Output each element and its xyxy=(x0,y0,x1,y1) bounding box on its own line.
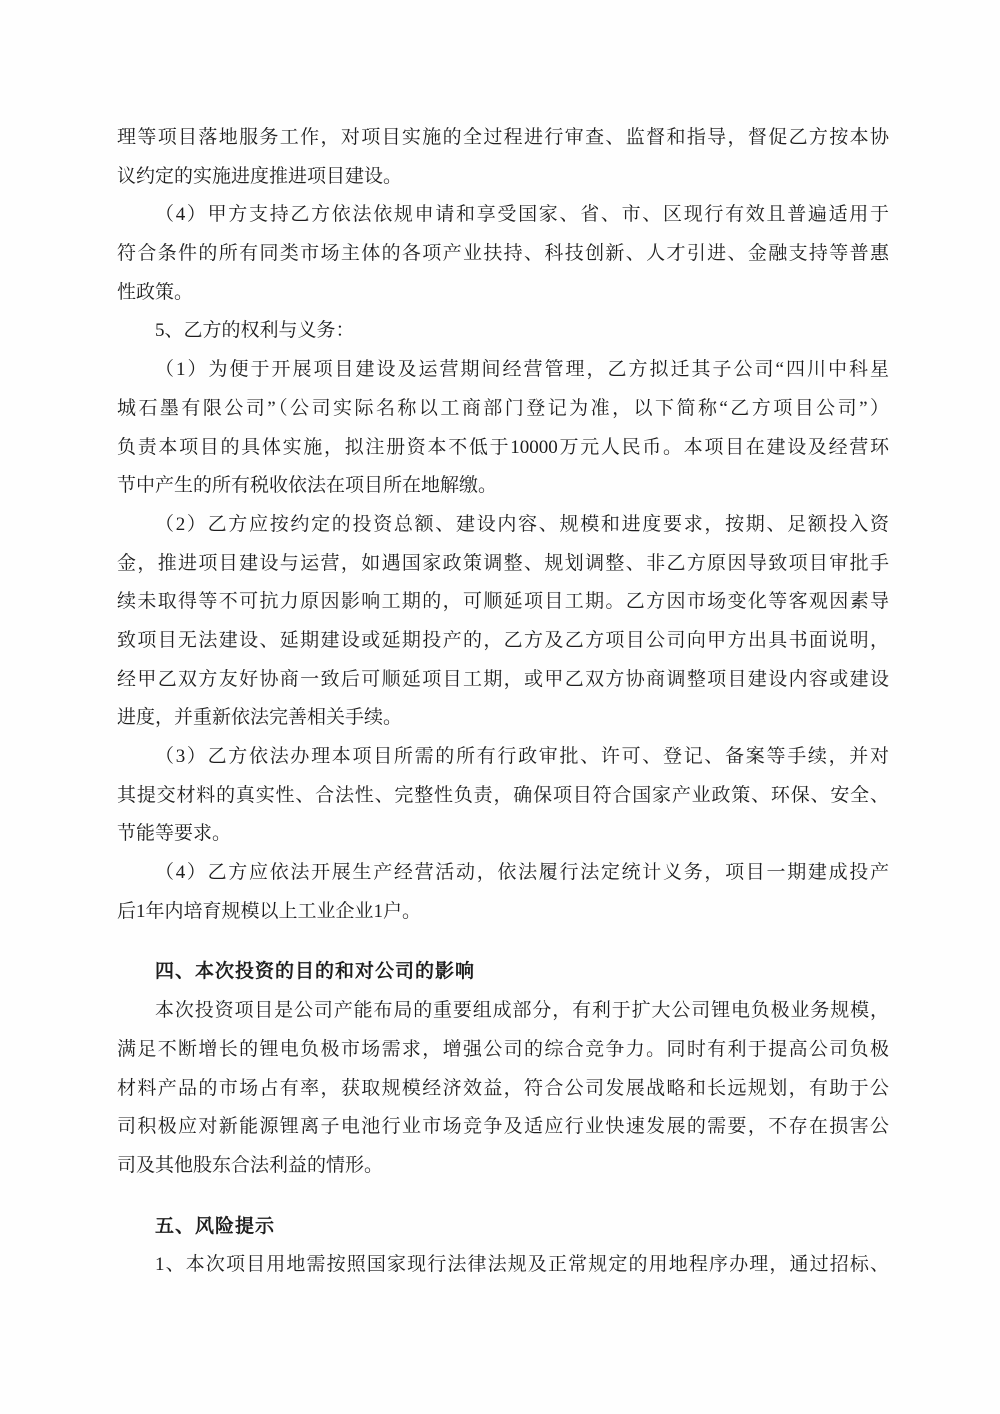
text-line: 负责本项目的具体实施，拟注册资本不低于10000万元人民币。本项目在建设及经营环 xyxy=(117,429,889,468)
document-page: 理等项目落地服务工作，对项目实施的全过程进行审查、监督和指导，督促乙方按本协议约… xyxy=(0,0,1000,1414)
text-line: 1、本次项目用地需按照国家现行法律法规及正常规定的用地程序办理，通过招标、 xyxy=(117,1246,889,1285)
text-line: 议约定的实施进度推进项目建设。 xyxy=(117,158,889,197)
text-line: 性政策。 xyxy=(117,274,889,313)
text-line: （3）乙方依法办理本项目所需的所有行政审批、许可、登记、备案等手续，并对 xyxy=(117,738,889,777)
text-line: 节中产生的所有税收依法在项目所在地解缴。 xyxy=(117,467,889,506)
text-line: 经甲乙双方友好协商一致后可顺延项目工期，或甲乙双方协商调整项目建设内容或建设 xyxy=(117,661,889,700)
text-line: 满足不断增长的锂电负极市场需求，增强公司的综合竞争力。同时有利于提高公司负极 xyxy=(117,1031,889,1070)
text-line: 5、乙方的权利与义务： xyxy=(117,312,889,351)
section-heading: 五、风险提示 xyxy=(117,1208,889,1247)
document-body: 理等项目落地服务工作，对项目实施的全过程进行审查、监督和指导，督促乙方按本协议约… xyxy=(117,119,889,1285)
text-line: 符合条件的所有同类市场主体的各项产业扶持、科技创新、人才引进、金融支持等普惠 xyxy=(117,235,889,274)
text-line: （4）乙方应依法开展生产经营活动，依法履行法定统计义务，项目一期建成投产 xyxy=(117,854,889,893)
text-line: 司及其他股东合法利益的情形。 xyxy=(117,1147,889,1186)
text-line: 进度，并重新依法完善相关手续。 xyxy=(117,699,889,738)
text-line: （4）甲方支持乙方依法依规申请和享受国家、省、市、区现行有效且普遍适用于 xyxy=(117,196,889,235)
text-line: 理等项目落地服务工作，对项目实施的全过程进行审查、监督和指导，督促乙方按本协 xyxy=(117,119,889,158)
text-line: 司积极应对新能源锂离子电池行业市场竞争及适应行业快速发展的需要，不存在损害公 xyxy=(117,1108,889,1147)
text-line: 致项目无法建设、延期建设或延期投产的，乙方及乙方项目公司向甲方出具书面说明， xyxy=(117,622,889,661)
text-line: 后1年内培育规模以上工业企业1户。 xyxy=(117,893,889,932)
text-line: 节能等要求。 xyxy=(117,815,889,854)
text-line: 本次投资项目是公司产能布局的重要组成部分，有利于扩大公司锂电负极业务规模， xyxy=(117,992,889,1031)
text-line: 城石墨有限公司”（公司实际名称以工商部门登记为准，以下简称“乙方项目公司”） xyxy=(117,390,889,429)
text-line: 续未取得等不可抗力原因影响工期的，可顺延项目工期。乙方因市场变化等客观因素导 xyxy=(117,583,889,622)
text-line: 材料产品的市场占有率，获取规模经济效益，符合公司发展战略和长远规划，有助于公 xyxy=(117,1070,889,1109)
section-heading: 四、本次投资的目的和对公司的影响 xyxy=(117,953,889,992)
text-line: （1）为便于开展项目建设及运营期间经营管理，乙方拟迁其子公司“四川中科星 xyxy=(117,351,889,390)
text-line: 金，推进项目建设与运营，如遇国家政策调整、规划调整、非乙方原因导致项目审批手 xyxy=(117,545,889,584)
text-line: 其提交材料的真实性、合法性、完整性负责，确保项目符合国家产业政策、环保、安全、 xyxy=(117,777,889,816)
text-line: （2）乙方应按约定的投资总额、建设内容、规模和进度要求，按期、足额投入资 xyxy=(117,506,889,545)
